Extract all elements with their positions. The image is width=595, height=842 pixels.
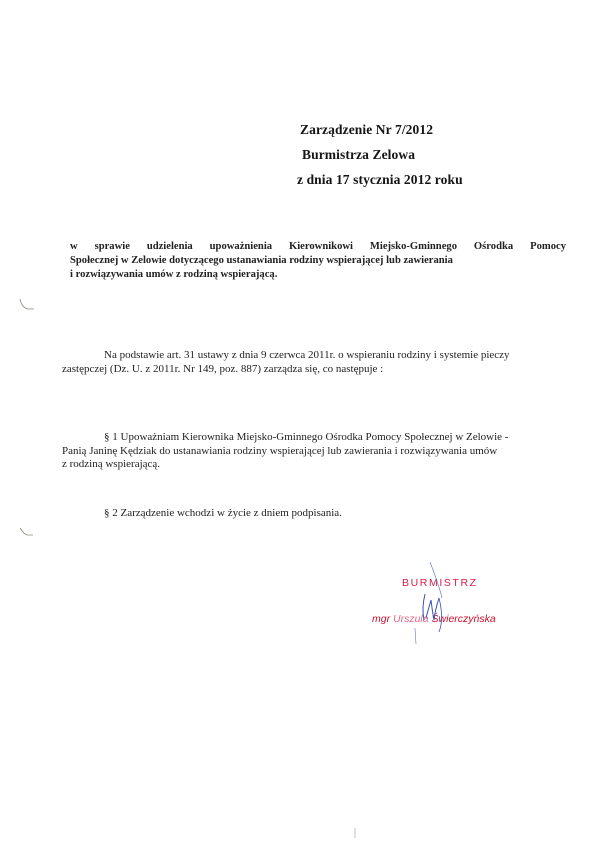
subject-line: w sprawie udzielenia upoważnienia Kierow… xyxy=(70,241,566,252)
paragraph-1-line: § 1 Upoważniam Kierownika Miejsko-Gminne… xyxy=(104,431,508,443)
scan-artifact xyxy=(18,298,38,312)
paragraph-1-line: Panią Janinę Kędziak do ustanawiania rod… xyxy=(62,445,497,457)
legal-basis-line: zastępczej (Dz. U. z 2011r. Nr 149, poz.… xyxy=(62,363,383,375)
paragraph-1-line: z rodziną wspierającą. xyxy=(62,458,160,470)
paragraph-2: § 2 Zarządzenie wchodzi w życie z dniem … xyxy=(104,507,342,519)
stamp-prefix: mgr xyxy=(372,613,390,625)
ordinance-number: Zarządzenie Nr 7/2012 xyxy=(300,122,433,138)
stamp-last-name: Świerczyńska xyxy=(432,613,496,625)
ordinance-date: z dnia 17 stycznia 2012 roku xyxy=(297,172,463,188)
handwritten-signature xyxy=(395,560,505,645)
document-page: Zarządzenie Nr 7/2012 Burmistrza Zelowa … xyxy=(0,0,595,842)
stamp-name: mgr Urszula Świerczyńska xyxy=(372,613,496,625)
ordinance-issuer: Burmistrza Zelowa xyxy=(302,147,415,163)
scan-artifact xyxy=(352,826,358,842)
legal-basis-line: Na podstawie art. 31 ustawy z dnia 9 cze… xyxy=(104,349,510,361)
stamp-title: BURMISTRZ xyxy=(402,577,478,589)
scan-artifact xyxy=(18,527,38,539)
subject-line: Społecznej w Zelowie dotyczącego ustanaw… xyxy=(70,255,453,266)
subject-line: i rozwiązywania umów z rodziną wspierają… xyxy=(70,269,277,280)
stamp-first-name: Urszula xyxy=(393,613,429,625)
